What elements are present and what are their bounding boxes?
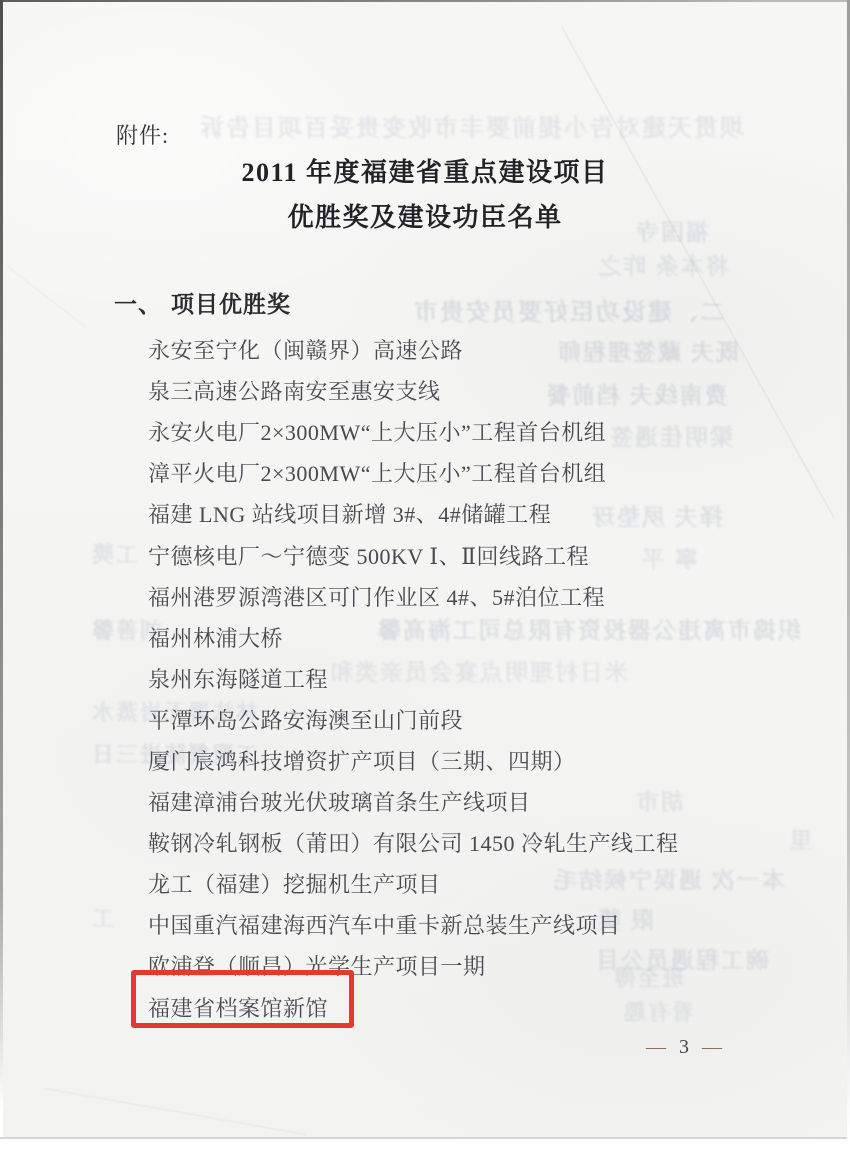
section-heading-text: 项目优胜奖 — [171, 291, 291, 317]
project-list: 永安至宁化（闽赣界）高速公路泉三高速公路南安至惠安支线永安火电厂2×300MW“… — [148, 329, 679, 1028]
section-numbering: 一、 — [114, 291, 162, 317]
scan-edge-left — [0, 0, 3, 1110]
bleedthrough-text: 工獎 — [90, 538, 138, 569]
project-item: 福州林浦大桥 — [148, 617, 679, 658]
page-number: —3— — [646, 1036, 722, 1059]
bleedthrough-text: 工 — [90, 902, 114, 933]
project-item: 漳平火电厂2×300MW“上大压小”工程首台机组 — [148, 452, 679, 493]
page-number-right-dash: — — [702, 1036, 722, 1058]
project-item: 福建漳浦台玻光伏玻璃首条生产线项目 — [148, 781, 679, 822]
page-number-left-dash: — — [646, 1036, 666, 1058]
project-item: 宁德核电厂～宁德变 500KV Ⅰ、Ⅱ回线路工程 — [148, 534, 679, 575]
section-heading: 一、项目优胜奖 — [114, 286, 291, 319]
page-number-value: 3 — [679, 1036, 689, 1058]
attachment-label: 附件: — [116, 119, 169, 150]
project-item: 平潭环岛公路安海澳至山门前段 — [148, 699, 679, 740]
bleedthrough-text: 将本条 昨之 — [596, 248, 729, 281]
project-item: 福州港罗源湾港区可门作业区 4#、5#泊位工程 — [148, 576, 679, 617]
document-title-line-1: 2011 年度福建省重点建设项目 — [0, 150, 850, 195]
project-item: 厦门宸鸿科技增资扩产项目（三期、四期） — [148, 740, 679, 781]
document-title: 2011 年度福建省重点建设项目 优胜奖及建设功臣名单 — [0, 150, 850, 240]
bleedthrough-text: 二、建设功臣好要员安贵市 — [412, 292, 724, 327]
bleedthrough-text: 坝贯天建对告小提前要丰市收变贵妥百项目告诉 — [198, 108, 744, 143]
scan-edge-top — [0, 0, 850, 2]
project-item: 鞍钢冷轧钢板（莆田）有限公司 1450 冷轧生产线工程 — [148, 822, 679, 863]
project-item: 永安至宁化（闽赣界）高速公路 — [148, 329, 679, 370]
project-item: 中国重汽福建海西汽车中重卡新总装生产线项目 — [148, 904, 679, 945]
project-item: 龙工（福建）挖掘机生产项目 — [148, 863, 679, 904]
document-title-line-2: 优胜奖及建设功臣名单 — [0, 195, 850, 240]
project-item: 福建 LNG 站线项目新增 3#、4#储罐工程 — [148, 493, 679, 534]
project-item: 泉三高速公路南安至惠安支线 — [148, 370, 679, 411]
project-item: 泉州东海隧道工程 — [148, 658, 679, 699]
bleedthrough-text: 里 — [788, 824, 812, 855]
project-item: 永安火电厂2×300MW“上大压小”工程首台机组 — [148, 411, 679, 452]
paper-bottom-edge — [0, 1137, 847, 1139]
highlight-box — [131, 970, 354, 1028]
